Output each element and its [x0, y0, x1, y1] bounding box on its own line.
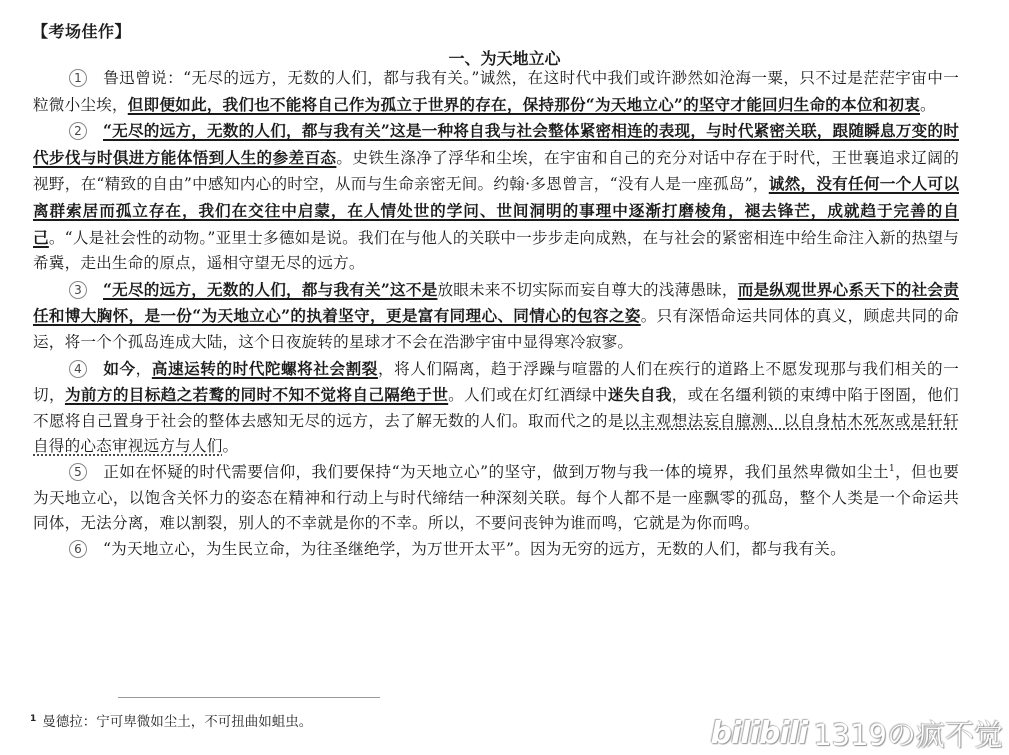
section-label: 【考场佳作】 [32, 19, 131, 42]
emphasized-text-segment: 为前方的目标趋之若鹜的同时不知不觉将自己隔绝于世 [65, 385, 448, 404]
emphasized-text-segment: “无尽的远方，无数的人们，都与我有关”这不是 [103, 280, 437, 299]
paragraph-1: 1鲁迅曾说：“无尽的远方，无数的人们，都与我有关。”诚然，在这时代中我们或许渺然… [33, 66, 959, 118]
watermark-text: 1319の疯不觉 [813, 713, 1003, 754]
paragraph-number-badge: 3 [69, 281, 87, 299]
footnote-text: 曼德拉：宁可卑微如尘土，不可扭曲如蛆虫。 [42, 714, 312, 730]
text-segment: 。 [223, 437, 239, 455]
emphasized-text-segment: 迷失自我 [608, 385, 672, 404]
document-page: 【考场佳作】 一、为天地立心 1鲁迅曾说：“无尽的远方，无数的人们，都与我有关。… [0, 0, 1009, 755]
paragraph-number-badge: 6 [69, 540, 87, 558]
paragraph-5: 5正如在怀疑的时代需要信仰，我们要保持“为天地立心”的坚守，做到万物与我一体的境… [33, 460, 959, 537]
paragraph-number-badge: 1 [69, 69, 87, 87]
paragraph-6: 6“为天地立心，为生民立命，为往圣继绝学，为万世开太平”。因为无穷的远方，无数的… [33, 537, 959, 563]
emphasized-text-segment: 高速运转的时代陀螺将社会割裂 [152, 359, 378, 378]
text-segment: 正如在怀疑的时代需要信仰，我们要保持“为天地立心”的坚守，做到万物与我一体的境界… [103, 463, 889, 481]
text-segment: 放眼未来不切实际而妄自尊大的浅薄愚昧， [437, 281, 737, 299]
emphasized-text-segment: 但即便如此，我们也不能将自己作为孤立于世界的存在，保持那份“为天地立心”的坚守才… [128, 95, 920, 114]
text-segment: 。“人是社会性的动物。”亚里士多德如是说。我们在与他人的关联中一步步走向成熟，在… [33, 229, 959, 273]
paragraph-number-badge: 2 [69, 122, 87, 140]
emphasized-text-segment: 如今 [103, 359, 136, 378]
text-segment: 。 [920, 96, 936, 114]
text-segment: 。人们或在灯红酒绿中 [448, 386, 608, 404]
essay-body: 1鲁迅曾说：“无尽的远方，无数的人们，都与我有关。”诚然，在这时代中我们或许渺然… [33, 66, 959, 562]
watermark: bilibili 1319の疯不觉 [711, 714, 1003, 752]
paragraph-number-badge: 5 [69, 463, 87, 481]
paragraph-2: 2“无尽的远方，无数的人们，都与我有关”这是一种将自我与社会整体紧密相连的表现，… [33, 118, 959, 277]
bilibili-logo-icon: bilibili [711, 716, 808, 751]
text-segment: “为天地立心，为生民立命，为往圣继绝学，为万世开太平”。因为无穷的远方，无数的人… [103, 540, 846, 558]
paragraph-3: 3“无尽的远方，无数的人们，都与我有关”这不是放眼未来不切实际而妄自尊大的浅薄愚… [33, 277, 959, 356]
text-segment: ， [136, 360, 152, 378]
footnote-separator [118, 697, 380, 698]
paragraph-number-badge: 4 [69, 360, 87, 378]
footnote: 1曼德拉：宁可卑微如尘土，不可扭曲如蛆虫。 [30, 710, 312, 730]
paragraph-4: 4如今，高速运转的时代陀螺将社会割裂，将人们隔离，趋于浮躁与喧嚣的人们在疾行的道… [33, 356, 959, 460]
footnote-mark: 1 [30, 714, 36, 724]
